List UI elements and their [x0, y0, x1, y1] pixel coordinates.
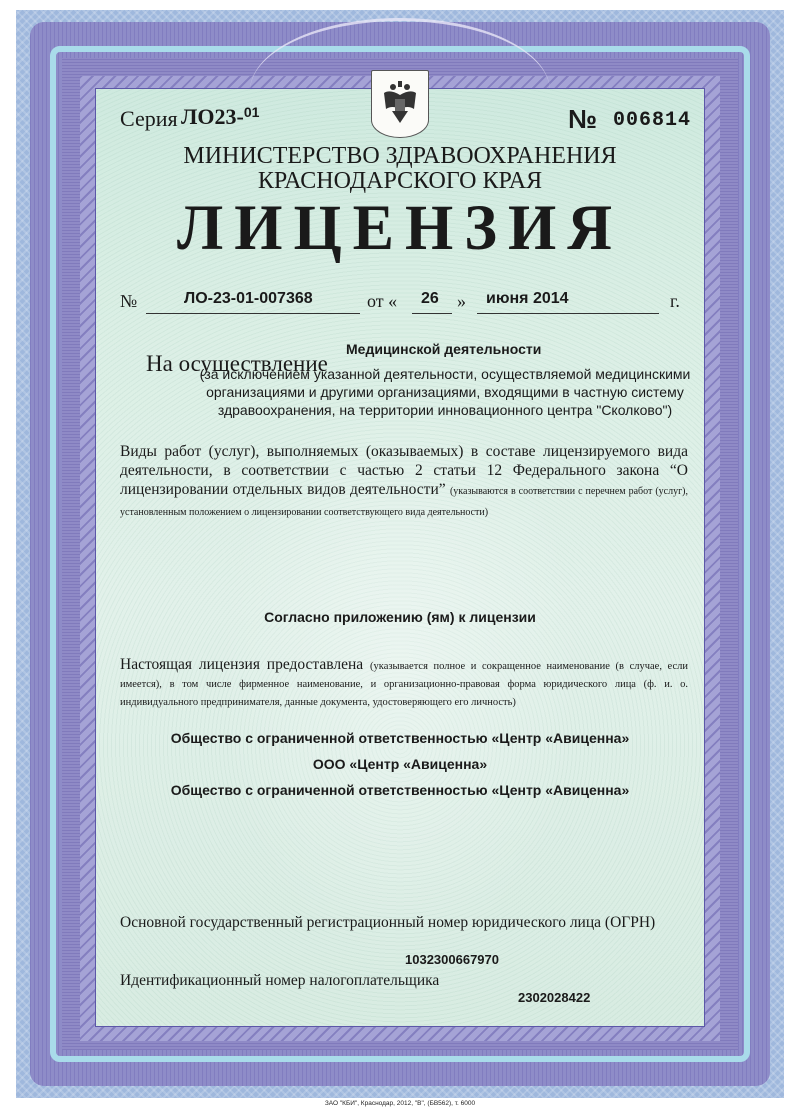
year-suffix: г.	[670, 291, 680, 312]
coat-of-arms-icon	[371, 70, 429, 138]
day-underline	[412, 313, 452, 314]
issuing-authority: МИНИСТЕРСТВО ЗДРАВООХРАНЕНИЯ КРАСНОДАРСК…	[95, 144, 705, 194]
authority-line-1: МИНИСТЕРСТВО ЗДРАВООХРАНЕНИЯ	[95, 144, 705, 169]
licensee-full-name: Общество с ограниченной ответственностью…	[95, 730, 705, 746]
ogrn-value: 1032300667970	[405, 952, 499, 967]
inn-label: Идентификационный номер налогоплательщик…	[120, 972, 439, 990]
date-day-close: »	[457, 291, 466, 312]
licensee-short-name: ООО «Центр «Авиценна»	[95, 756, 705, 772]
series-label: Серия	[120, 106, 178, 132]
series-code: ЛО23-	[181, 104, 244, 129]
license-number-label: №	[120, 291, 137, 312]
number-underline	[146, 313, 360, 314]
inn-value: 2302028422	[518, 990, 590, 1005]
month-underline	[477, 313, 659, 314]
ogrn-label: Основной государственный регистрационный…	[120, 914, 655, 932]
activity-name: Медицинской деятельности	[346, 341, 541, 357]
license-day: 26	[421, 290, 439, 308]
works-description: Виды работ (услуг), выполняемых (оказыва…	[120, 442, 688, 522]
document-title: ЛИЦЕНЗИЯ	[95, 191, 705, 266]
series-suffix: 01	[244, 104, 260, 120]
date-from-label: от «	[367, 291, 397, 312]
works-value: Согласно приложению (ям) к лицензии	[95, 609, 705, 625]
licensee-brand-name: Общество с ограниченной ответственностью…	[95, 782, 705, 798]
series-value: ЛО23-01	[181, 104, 259, 130]
printer-imprint: ЗАО "КБИ", Краснодар, 2012, "В", (БВ562)…	[0, 1100, 800, 1107]
license-month-year: июня 2014	[486, 290, 569, 308]
blank-number: 006814	[613, 109, 691, 132]
licensee-lead: Настоящая лицензия предоставлена	[120, 656, 363, 673]
licensee-description: Настоящая лицензия предоставлена (указыв…	[120, 657, 688, 711]
blank-number-sign: №	[568, 104, 597, 135]
activity-note: (за исключением указанной деятельности, …	[195, 365, 695, 419]
license-number: ЛО-23-01-007368	[184, 290, 313, 308]
